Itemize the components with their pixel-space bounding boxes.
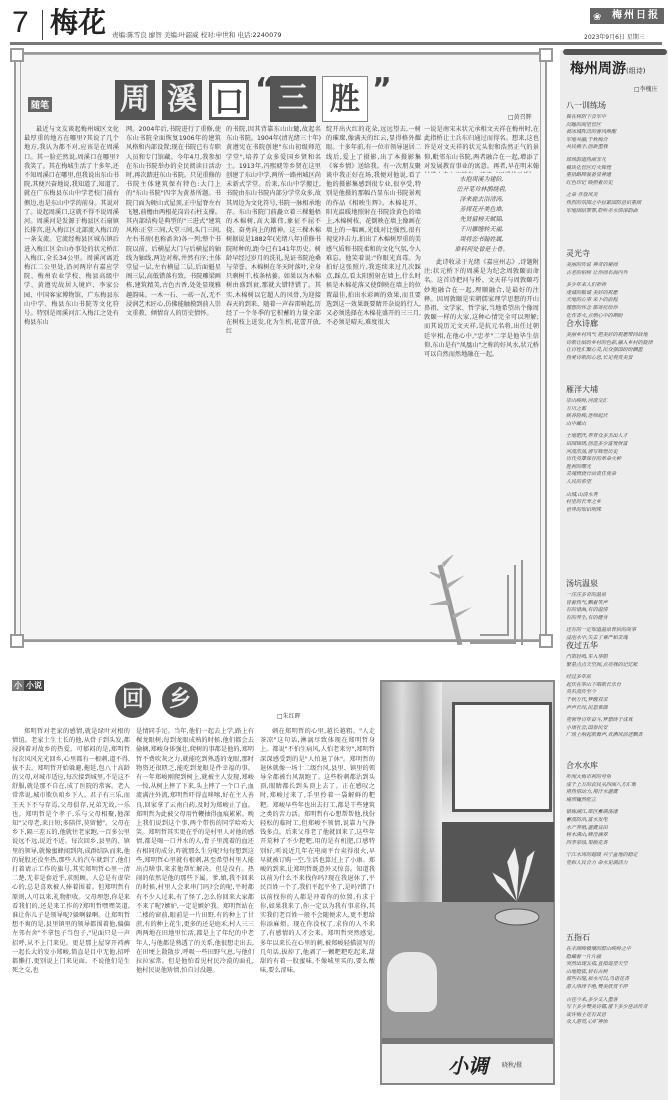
sidebar-poem-line: 人民的希望: [566, 479, 666, 487]
photo-window: [452, 702, 552, 812]
story-tag-a: 小: [12, 680, 24, 691]
header-rule: [10, 42, 662, 45]
poem-line: 周将恋书翰姓属,: [424, 235, 539, 245]
sidebar-poem-title: 合水诗廊: [566, 318, 666, 329]
sidebar-poem-line: 模块化营区灯火辉煌: [566, 165, 666, 173]
sidebar-title-text: 梅州周游: [570, 61, 626, 77]
sidebar-poem-section: 五指石在丰阔峻极壤的群山峻岭之中隐藏着一片片画突然出现五指,直指遥望天空山地挺拔…: [566, 932, 666, 1027]
sidebar-poem-line: 军地共融,千秋梅合: [566, 137, 666, 145]
sidebar-poem-line: 热烈的氛围之中拉紧国防意识重阔: [566, 200, 666, 208]
article-column: 绽开出火红的花朵,远远望去,一树的璀璨,像满天的红云,显得格外耀眼。十多年前,有…: [326, 125, 421, 555]
sidebar-poem-line: 胜利的曙光: [566, 464, 666, 472]
story-column: 郑明哲对老家的感情,就是绿叶对根的情谊。老家土生土长的他,从骨子到头发,都浸润着…: [12, 727, 130, 1097]
editor-credits: 责编:陈雪良 廖智 美编:叶韶威 校对:申世和 电话:2240079: [112, 30, 281, 39]
sidebar-poem-line: 一汪汪多奇的温泉: [566, 592, 666, 600]
title-char: 胜: [322, 76, 368, 122]
flower-icon: [487, 842, 547, 932]
sidebar-poem-line: 堤坝巍然屹立: [566, 797, 666, 805]
newspaper-name: 梅州日报: [612, 10, 660, 21]
sidebar-poem-line: 冒着热气,飘着笑声: [566, 600, 666, 608]
sidebar-poem-title: 合水水库: [566, 760, 666, 771]
sidebar-poem-line: 田园锦绣,创造多少富贵财富: [566, 441, 666, 449]
sidebar-poem-line: 有的谱曲,有的温情: [566, 607, 666, 615]
sidebar-poem-line: 热爱诗歌的心思,长足观赏美景: [566, 355, 666, 363]
sidebar-poem-line: 经过多年前: [566, 674, 666, 682]
sidebar-poem-line: 宁江水周的超级 兴宁盆地的稳定: [566, 852, 666, 860]
sidebar-poem-line: 诗歌让缤纷乡村的色彩,融入乡村的旋律: [566, 340, 666, 348]
photo-curtain: [382, 682, 442, 912]
story-column: 刺在郑明哲的心里,越长越粗。"人走茶凉"这句话,淋漓尽致体现在郑明哲身上。都说"…: [260, 727, 375, 1097]
sidebar-poem-line: 突然出现五指,直指遥望天空: [566, 961, 666, 969]
sidebar-poem-title: 八一训练场: [566, 100, 666, 111]
photo-still-life: 小调 晓秋/摄: [380, 680, 555, 1085]
sidebar-poem-line: 让百姓汇聚心灵,民众强国纷纷酬盈: [566, 347, 666, 355]
title-char: 三: [270, 76, 316, 122]
title-char: 口: [209, 80, 249, 120]
sidebar-poem-line: 还有的一定知道温泉背后的故事: [566, 627, 666, 635]
sidebar-poem-line: 写下多少赞美诗篇,留下多少佳话传奇: [566, 1004, 666, 1012]
article-column: 一说是南宋末状元承相文天祥在梅州时,在此指桥让士兵东归通过而得名。想来,这也许是…: [424, 125, 539, 173]
sidebar-title: 梅州周游(组诗): [570, 58, 645, 78]
sidebar-poem-section: 合水水库听闻大梅市利的号角成千上万的农民从四面八方汇集用热情动力,用汗水灌溉堤坝…: [566, 760, 666, 868]
sidebar-poem-section: 灵光寺美丽的传说 神奇的秘闻古老的柏树 让你闻名海内外多少年来人们祈祷虔诚的敬诚…: [566, 248, 666, 320]
sidebar-poem-line: 用热情动力,用汗水灌溉: [566, 789, 666, 797]
sidebar-poem-line: 繁星点点天空间,点亮我的记忆帐: [566, 662, 666, 670]
sidebar-poem-line: 蓄流防洪,富水发电: [566, 817, 666, 825]
sidebar-poem-line: 峡谷险峻,连绵起伏: [566, 413, 666, 421]
sidebar-poem-line: 在丰阔峻极壤的群山峻岭之中: [566, 946, 666, 954]
sidebar-poem-line: 山城,山清水秀: [566, 492, 666, 500]
frame-corner-decor: [10, 634, 24, 648]
bamboo-decoration-icon: [430, 555, 545, 645]
sidebar-poem-line: 银练湖江,库区蓄满荡漾: [566, 809, 666, 817]
sidebar-poem-line: 树木满山,峰峦滴翠: [566, 832, 666, 840]
sidebar-poem-line: 共民携手,创新墨我: [566, 144, 666, 152]
sidebar-poem-line: 小康社会,国泰民安: [566, 725, 666, 733]
sidebar-poem-line: 隐藏着一片片画: [566, 954, 666, 962]
sidebar-poem-line: 土地肥沃,养育众多杰出人才: [566, 433, 666, 441]
article-column: 最近与文友谈起梅州城区文化最厚重的地方在哪里?其说了几个地方,我认为都不对,应该…: [24, 125, 119, 640]
poem-block: 水抱周溪为建阶, 岳开笔耸林鹊绕碧, 泽来鹿去浴清涛, 芳探花开美色堆, 先贤留…: [424, 175, 539, 257]
page-number: 7: [12, 8, 29, 38]
photo-credit: 晓秋/摄: [502, 1060, 522, 1069]
sidebar-poem-line: 万川之都: [566, 406, 666, 414]
sidebar-scroll-rod: [563, 49, 667, 55]
issue-date: 2023年9月6日 星期三: [584, 32, 645, 41]
sidebar-poem-line: 美丽的传说 神奇的秘闻: [566, 262, 666, 270]
sidebar-subtitle: (组诗): [626, 67, 645, 75]
poem-line: 谁料何处曾是士骨。: [424, 245, 539, 255]
sidebar-poem-section: 八一训练场躲在树阴下会军中沉睡的阅里营区被冰城阵泛的春风唤醒军地共融,千秋梅合共…: [566, 100, 666, 215]
sidebar-poem-section: 汤坑温泉一汪汪多奇的温泉冒着热气,飘着笑声有的谱曲,有的温情有的养生,有的健身还…: [566, 578, 666, 643]
sidebar-poem-line: 听闻大梅市利的号角: [566, 774, 666, 782]
sidebar-poem-section: 合水诗廊美丽乡村风气 把美好的祝愿带回故地诗歌让缤纷乡村的色彩,融入乡村的旋律让…: [566, 318, 666, 362]
sidebar-poem-line: 四季常绿,果硕花香: [566, 840, 666, 848]
sidebar-poem-line: 古老的柏树 让你闻名海内外: [566, 270, 666, 278]
sidebar-poem-line: 有的养生,有的健身: [566, 615, 666, 623]
sidebar-poem-line: 村里的长寿之乡: [566, 499, 666, 507]
photo-vase: [387, 952, 437, 1012]
story-title-char: 乡: [162, 682, 198, 718]
poem-line: 芳探花开美色堆,: [424, 205, 539, 215]
poem-line: 泽来鹿去浴清涛,: [424, 195, 539, 205]
sidebar-poem-line: 被冰城阵泛的春风唤醒: [566, 129, 666, 137]
sidebar-poem-line: 千秋万代,梦醒双求: [566, 697, 666, 705]
sidebar-poem-line: 红色印记 映照着历史: [566, 180, 666, 188]
title-char: 溪: [162, 80, 202, 120]
sidebar-poem-line: 理想的怀念 都寄托给你: [566, 305, 666, 313]
sidebar-poem-line: 山中藏山: [566, 421, 666, 429]
sidebar-poem-line: 多少年来人们祈祷: [566, 282, 666, 290]
poem-line: 千川雁缠转天福,: [424, 225, 539, 235]
sidebar-poem-line: 起伏在华山下唱歌长乐台: [566, 682, 666, 690]
poem-line: 水抱周溪为建阶,: [424, 175, 539, 185]
sidebar-poem-line: 虔诚的敬诚 美好的祝愿: [566, 290, 666, 298]
poem-line: 先贤留榜天赋锦,: [424, 215, 539, 225]
sidebar-poem-line: 党领导百年奋斗,梦想终于成真: [566, 717, 666, 725]
sidebar-poem-title: 雁洋大埔: [566, 384, 666, 395]
article-author: □黄召辉: [508, 112, 532, 121]
sidebar-poem-line: 之命 开放风炎: [566, 192, 666, 200]
title-quote-close: ”: [372, 72, 392, 107]
photo-caption: 小调 晓秋/摄: [382, 1038, 553, 1083]
header-divider: [42, 10, 43, 40]
sidebar-poem-line: 广场上响起歌舞声,欢酒风浴送飘香: [566, 732, 666, 740]
sidebar-poem-line: 河流浩荡,谱写辉煌历史: [566, 449, 666, 457]
sidebar-author: □李槐庄: [634, 84, 658, 93]
story-tag-b: 小说: [24, 680, 44, 691]
sidebar-poem-line: 山地挺拔,岩石古树: [566, 969, 666, 977]
page-header: 7 梅花 责编:陈雪良 廖智 美编:叶韶威 校对:申世和 电话:2240079 …: [0, 0, 672, 44]
sidebar-poem-line: 崇山峻岭,河流交汇: [566, 398, 666, 406]
story-title-char: 回: [115, 682, 151, 718]
sidebar-poem-line: 球场韵道热闹非凡: [566, 157, 666, 165]
sidebar-poem-line: 那些石缝,泉水可以,鸟语花香: [566, 976, 666, 984]
sidebar-poem-line: 躲在树阴下会军中: [566, 114, 666, 122]
sidebar-poem-line: 众人游赏,心旷神怡: [566, 1019, 666, 1027]
sidebar-poem-line: 汽笛轻鸣,车入华阳: [566, 654, 666, 662]
sidebar-poem-line: 天地的心事 来卜的前程: [566, 297, 666, 305]
sidebar-poem-line: 英名流传至今: [566, 689, 666, 697]
sidebar-poem-line: 古往今来,多少文人墨客: [566, 997, 666, 1005]
poem-line: 岳开笔耸林鹊绕碧,: [424, 185, 539, 195]
story-author: □朱红晖: [277, 711, 301, 720]
sidebar-poem-title: 五指石: [566, 932, 666, 943]
sidebar-poem-line: 美丽乡村风气 把美好的祝愿带回故地: [566, 332, 666, 340]
sidebar-poem-line: 灵魂燃烧行动责任使命: [566, 471, 666, 479]
sidebar-poem-line: 成千上万的农民从四面八方汇集: [566, 782, 666, 790]
story-column: 是情同手足。当年,他们一起去上学,路上有棵龙眼树,每到龙眼成熟的时候,他们都会去…: [136, 727, 254, 1097]
section-title: 梅花: [50, 7, 106, 39]
sidebar-poem-line: 游人络绎不绝,赞美欣赏不停: [566, 984, 666, 992]
sidebar-poem-line: 军地团结帮帮,聆听赤水情深韵曲: [566, 208, 666, 216]
sidebar-poem-section: 夜过五华汽笛轻鸣,车入华阳繁星点点天空间,点亮我的记忆帐经过多年前起伏在华山下唱…: [566, 640, 666, 740]
essay-tag: 随笔: [28, 97, 52, 112]
newspaper-logo: ❀ 梅州日报: [590, 8, 664, 24]
article-column: 的书院,因其背靠东山山麓,故起名东山书院。1904年(清光绪三十年)黄遵宪在书院…: [226, 125, 321, 640]
sidebar-poem-line: 或许梅主花有其意: [566, 1012, 666, 1020]
story-tag: 小小说: [12, 680, 44, 691]
sidebar-poem-line: 世界的知识明珠: [566, 507, 666, 515]
sidebar-poem-line: 声声长叹,民恩难圆: [566, 705, 666, 713]
sidebar-poem-line: 水产养殖,灌溉良田: [566, 825, 666, 833]
frame-corner-decor: [10, 48, 24, 62]
plum-blossom-logo-icon: ❀: [593, 10, 601, 26]
sidebar-poem-line: 沉睡的阅里营区: [566, 122, 666, 130]
photo-title: 小调: [448, 1050, 488, 1079]
article-column: 网。2004年后,书院进行了重修,使东山书院全面恢复1906年的建筑风格和内部设…: [126, 125, 221, 640]
article-column: 此诗收录于光绪《嘉应州志》,诗题附注:状元桥下的周溪是为纪念周敦颐而命名。这首诗…: [424, 258, 539, 548]
sidebar-poem-title: 夜过五华: [566, 640, 666, 651]
title-char: 周: [115, 80, 155, 120]
sidebar-poem-title: 灵光寺: [566, 248, 666, 259]
frame-corner-decor: [539, 48, 553, 62]
sidebar-poem-title: 汤坑温泉: [566, 578, 666, 589]
sidebar-poem-section: 雁洋大埔崇山峻岭,河流交汇万川之都峡谷险峻,连绵起伏山中藏山土地肥沃,养育众多杰…: [566, 384, 666, 514]
sidebar-poem-line: 党和人民合力 命水见满活力: [566, 860, 666, 868]
sidebar-poem-line: 重拾路障装备显神通: [566, 172, 666, 180]
sidebar-poem-line: 历代英雄保存的革命火种: [566, 456, 666, 464]
